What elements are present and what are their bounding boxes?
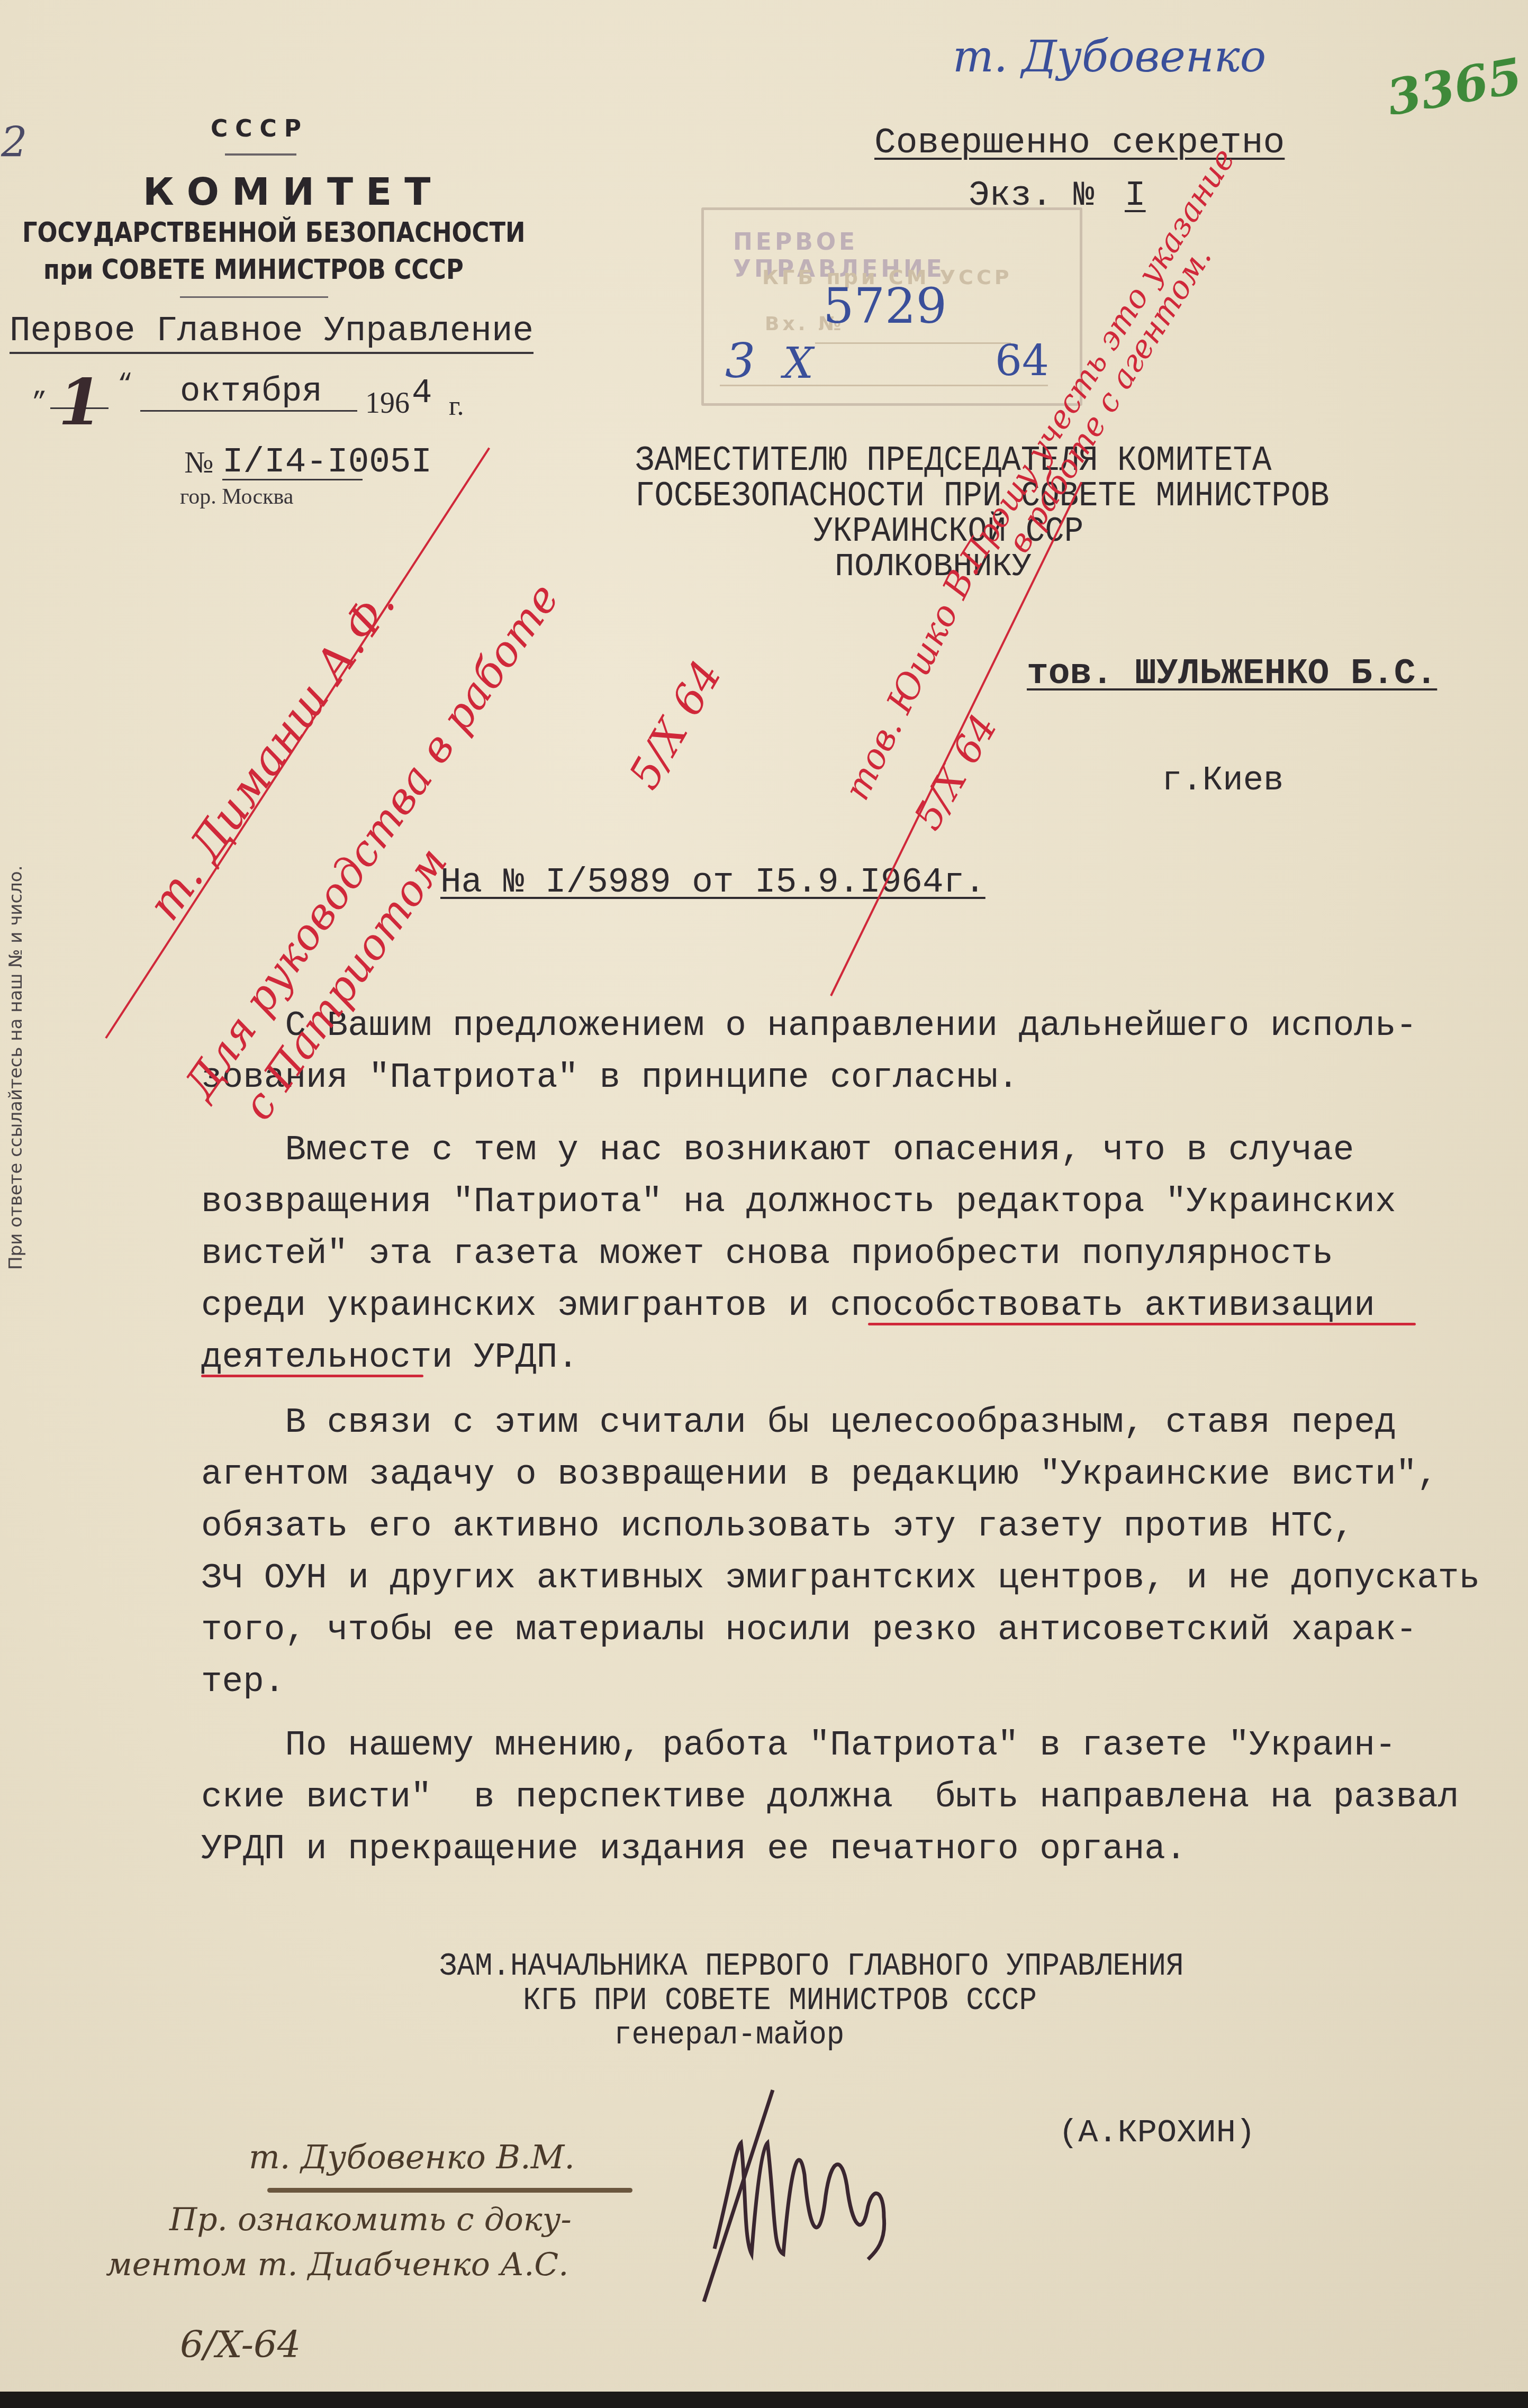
document-page: 2 При ответе ссылайтесь на наш № и число… — [0, 0, 1528, 2392]
stamp-number-line — [815, 342, 1011, 344]
body-line: того, чтобы ее материалы носили резко ан… — [201, 1604, 1480, 1656]
incoming-number: 5729 — [823, 278, 947, 334]
body-line: Вместе с тем у нас возникают опасения, ч… — [201, 1124, 1396, 1176]
body-line: ские висти" в перспективе должна быть на… — [201, 1771, 1459, 1823]
incoming-day: 3 — [725, 333, 755, 389]
letterhead-directorate: Первое Главное Управление — [10, 311, 534, 354]
copy-number: I — [1125, 176, 1146, 215]
number-underline — [222, 479, 363, 480]
letterhead-country: СССР — [211, 115, 309, 142]
body-line: возвращения "Патриота" на должность реда… — [201, 1176, 1396, 1228]
body-paragraph-3: В связи с этим считали бы целесообразным… — [201, 1397, 1480, 1708]
signatory-name: (А.КРОХИН) — [1059, 2114, 1255, 2151]
red-pencil-underline-2 — [201, 1375, 423, 1377]
signature-krokhin — [651, 2079, 1074, 2318]
reference-line: На № I/5989 от I5.9.I964г. — [440, 862, 985, 902]
signature-title-line2: КГБ ПРИ СОВЕТЕ МИНИСТРОВ СССР — [523, 1982, 1037, 2019]
body-line: агентом задачу о возвращении в редакцию … — [201, 1449, 1480, 1501]
body-line: тер. — [201, 1656, 1480, 1708]
page-number: 2 — [1, 119, 28, 167]
letterhead-city: гор. Москва — [180, 484, 294, 510]
handwritten-bottom-date: 6/X-64 — [180, 2323, 301, 2366]
body-line: вистей" эта газета может снова приобрест… — [201, 1228, 1396, 1280]
body-paragraph-4: По нашему мнению, работа "Патриота" в га… — [201, 1720, 1459, 1875]
letterhead-divider-2 — [180, 296, 328, 298]
body-line: По нашему мнению, работа "Патриота" в га… — [201, 1720, 1459, 1771]
scan-bottom-edge — [0, 2392, 1528, 2408]
incoming-month: X — [783, 339, 813, 388]
addressee-name: тов. ШУЛЬЖЕНКО Б.С. — [1027, 653, 1437, 694]
date-year-prefix: 196 — [365, 386, 410, 420]
archive-number: 3365 — [1383, 47, 1526, 127]
body-line: зования "Патриота" в принципе согласны. — [201, 1052, 1417, 1104]
outgoing-number: I/I4-I005I — [222, 442, 432, 482]
handwritten-underline — [267, 2188, 632, 2193]
date-year-unit: г. — [449, 390, 464, 422]
handwritten-bottom-line1: т. Дубовенко В.М. — [249, 2138, 575, 2176]
handwritten-bottom-line3: ментом т. Диабченко А.С. — [106, 2246, 568, 2283]
date-open-quote: „ — [32, 373, 47, 402]
date-close-quote: “ — [117, 370, 133, 399]
date-month: октября — [180, 373, 322, 411]
addressee-line4: ПОЛКОВНИКУ — [835, 548, 1032, 585]
letterhead-divider — [225, 153, 296, 156]
addressee-city: г.Киев — [1162, 762, 1283, 800]
body-line: обязать его активно использовать эту газ… — [201, 1501, 1480, 1552]
letterhead-committee: КОМИТЕТ — [143, 169, 443, 214]
red-pencil-underline-1 — [868, 1323, 1416, 1325]
body-line: УРДП и прекращение издания ее печатного … — [201, 1823, 1459, 1875]
handwritten-bottom-line2: Пр. ознакомить с доку- — [169, 2201, 572, 2238]
margin-vertical-note: При ответе ссылайтесь на наш № и число. — [5, 866, 26, 1270]
body-line: В связи с этим считали бы целесообразным… — [201, 1397, 1480, 1449]
body-paragraph-2: Вместе с тем у нас возникают опасения, ч… — [201, 1124, 1396, 1384]
body-line: ЗЧ ОУН и других активных эмигрантских це… — [201, 1552, 1480, 1604]
date-day-handwritten: 1 — [58, 365, 103, 440]
addressee-line1: ЗАМЕСТИТЕЛЮ ПРЕДСЕДАТЕЛЯ КОМИТЕТА — [635, 441, 1271, 480]
body-paragraph-1: С Вашим предложением о направлении дальн… — [201, 1000, 1417, 1104]
signature-title-line1: ЗАМ.НАЧАЛЬНИКА ПЕРВОГО ГЛАВНОГО УПРАВЛЕН… — [439, 1947, 1183, 1985]
signature-rank: генерал-майор — [614, 2016, 844, 2053]
letterhead-committee-line3: при СОВЕТЕ МИНИСТРОВ СССР — [43, 254, 464, 286]
number-label: № — [184, 444, 213, 480]
incoming-year: 64 — [995, 336, 1049, 385]
red-note-left-date: 5/X 64 — [619, 652, 731, 797]
letterhead-committee-line2: ГОСУДАРСТВЕННОЙ БЕЗОПАСНОСТИ — [22, 217, 525, 249]
red-note-right-date: 5/X 64 — [905, 707, 1006, 837]
date-month-underline — [140, 410, 357, 412]
handwritten-addressee-top: т. Дубовенко — [953, 32, 1266, 82]
date-year-suffix: 4 — [412, 375, 432, 413]
body-line: С Вашим предложением о направлении дальн… — [201, 1000, 1417, 1052]
